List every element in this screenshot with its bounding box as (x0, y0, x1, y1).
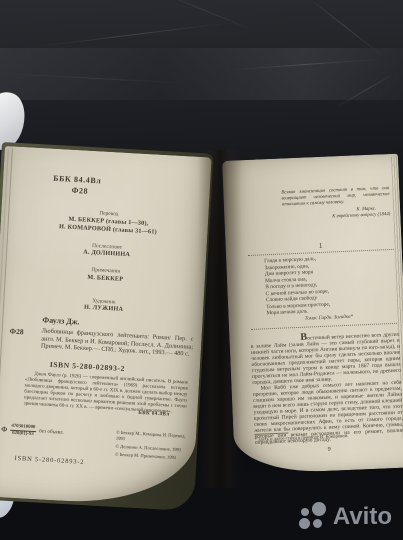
surface-light-band (0, 48, 403, 100)
body-paragraph: Восточный ветер несноснее всех других в … (250, 331, 401, 386)
formula-denominator: 028(01)-93 (12, 430, 34, 437)
copyright-line: © Беккер М., Комарова И. Перевод, 1993 (116, 430, 191, 445)
catalog-entry: Любовница французского лейтенанта: Роман… (41, 327, 194, 358)
author-sign-code: Ф28 (71, 186, 88, 196)
surface-scratch (41, 22, 230, 46)
chapter-number: 1 (246, 238, 396, 253)
book-epigraph: Всякая эмансипация состоит в том, что он… (281, 186, 390, 222)
credits-block: Перевод М. БЕККЕР (главы 1—30), И. КОМАР… (31, 207, 181, 317)
avito-logo-dot (299, 518, 310, 529)
page-number: 9 (254, 444, 403, 456)
copyright-block: © Беккер М., Комарова И. Перевод, 1993 ©… (115, 430, 191, 464)
dotted-divider (251, 323, 397, 330)
chapter-body-text: Восточный ветер несноснее всех других в … (250, 331, 403, 446)
formula-fraction: 4703010000 028(01)-93 (10, 424, 37, 438)
surface-scratch (154, 0, 256, 32)
isbn-bottom: ISBN 5-280-02893-2 (14, 455, 84, 466)
avito-logo-dot (312, 502, 326, 516)
catalog-author-heading: Фаулз Дж. (42, 315, 80, 326)
bbk-classification-code: ББК 84.4Вл (53, 174, 102, 186)
avito-logo-icon (299, 502, 328, 531)
avito-logo-dot (301, 508, 309, 516)
chapter-epigraph-verse: Глядя в морскую даль, Завороженно, одна,… (264, 256, 330, 317)
bbk-code-small: ББК 84.4Вл (138, 410, 170, 418)
avito-watermark: Avito (299, 502, 392, 531)
formula-note: без объявл. (39, 428, 64, 435)
epigraph-text: Всякая эмансипация состоит в том, что он… (281, 186, 390, 208)
page-stack-edge-line (0, 148, 13, 493)
avito-logo-dot (313, 519, 322, 528)
formula-letter: Ф (1, 425, 7, 433)
avito-wordmark: Avito (333, 503, 392, 531)
catalog-formula: Ф 4703010000 028(01)-93 без объявл. (1, 423, 64, 439)
annotation-text: Джон Фаулз (р. 1926) — современный англи… (23, 371, 188, 415)
left-title-verso-page: ББК 84.4Вл Ф28 Перевод М. БЕККЕР (главы … (0, 146, 212, 508)
isbn-line: ISBN 5-280-02893-2 (50, 360, 126, 373)
right-chapter-page: Всякая эмансипация состоит в том, что он… (222, 154, 403, 475)
verse-attribution: Томас Гарди. Загадка* (305, 315, 354, 322)
catalog-sign: Ф28 (9, 327, 23, 337)
book-photo-scene: ББК 84.4Вл Ф28 Перевод М. БЕККЕР (главы … (0, 0, 403, 540)
copyright-line: © Беккер М. Примечания, 1993 (115, 451, 189, 461)
